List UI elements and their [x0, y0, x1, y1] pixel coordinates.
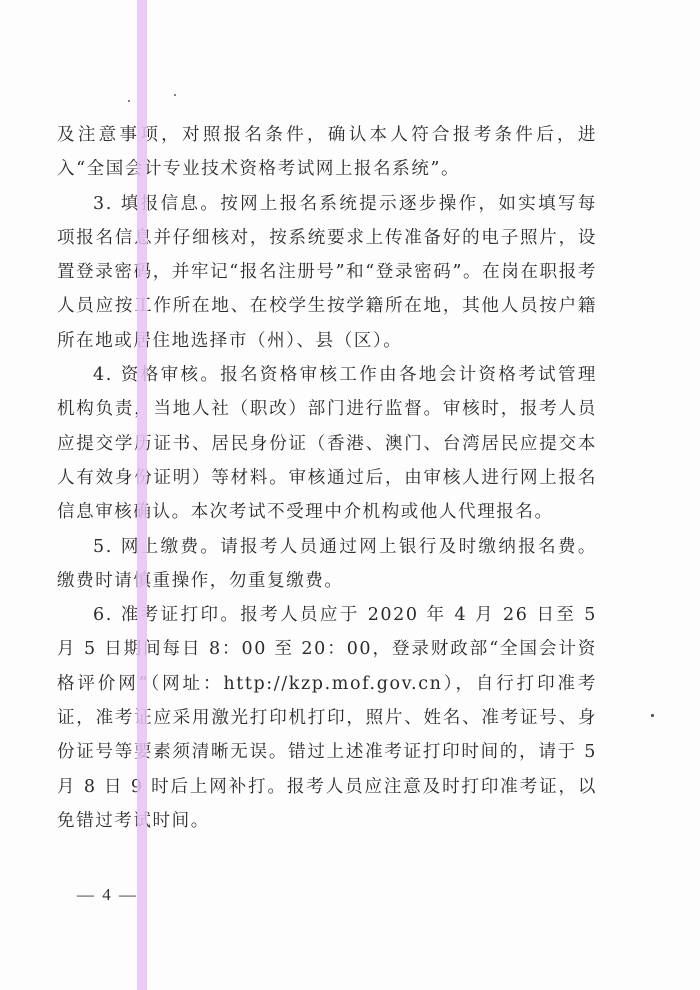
- scan-speck: [174, 94, 176, 96]
- paragraph-continuation: 及注意事项，对照报名条件，确认本人符合报考条件后，进入“全国会计专业技术资格考试…: [57, 118, 597, 187]
- paragraph-item-4: 4. 资格审核。报名资格审核工作由各地会计资格考试管理机构负责，当地人社（职改）…: [57, 358, 597, 529]
- scan-speck: [651, 714, 654, 717]
- paragraph-item-5: 5. 网上缴费。请报考人员通过网上银行及时缴纳报名费。缴费时请慎重操作，勿重复缴…: [57, 530, 597, 599]
- page-number: — 4 —: [77, 885, 138, 905]
- paragraph-item-3: 3. 填报信息。按网上报名系统提示逐步操作，如实填写每项报名信息并仔细核对，按系…: [57, 187, 597, 358]
- scan-speck: [128, 100, 130, 102]
- paragraph-item-6: 6. 准考证打印。报考人员应于 2020 年 4 月 26 日至 5 月 5 日…: [57, 598, 597, 838]
- document-page: 及注意事项，对照报名条件，确认本人符合报考条件后，进入“全国会计专业技术资格考试…: [57, 118, 597, 838]
